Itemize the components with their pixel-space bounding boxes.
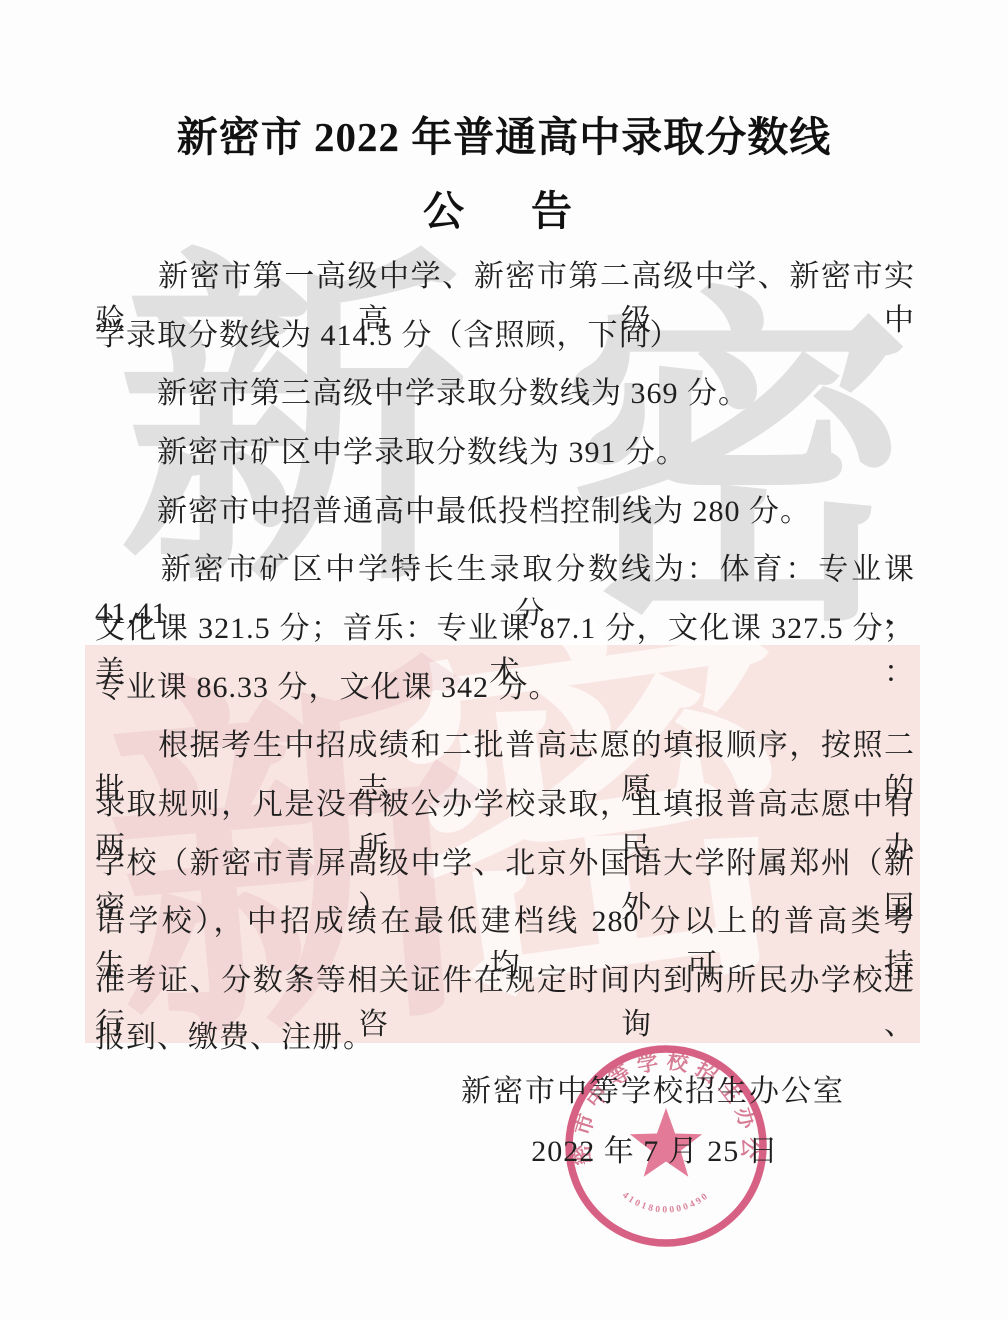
body-line: 新密市矿区中学录取分数线为 391 分。 — [95, 427, 915, 471]
body-line: 新密市第三高级中学录取分数线为 369 分。 — [95, 368, 915, 412]
signature-date: 2022 年 7 月 25 日 — [480, 1126, 830, 1170]
seal-code-number: 4101800000490 — [620, 1191, 712, 1216]
page-title: 新密市 2022 年普通高中录取分数线 — [0, 104, 1008, 163]
body-line: 报到、缴费、注册。 — [95, 1012, 915, 1056]
body-line: 新密市中招普通高中最低投档控制线为 280 分。 — [95, 486, 915, 530]
signature-office: 新密市中等学校招生办公室 — [461, 1066, 845, 1110]
body-line: 专业课 86.33 分，文化课 342 分。 — [95, 662, 915, 706]
page-subtitle: 公 告 — [0, 178, 1008, 237]
announcement-document: 新 密 密 新 新密市 2022 年普通高中录取分数线 公 告 新密市第一高级中… — [0, 0, 1008, 1320]
body-line: 学录取分数线为 414.5 分（含照顾，下同） — [95, 310, 915, 354]
